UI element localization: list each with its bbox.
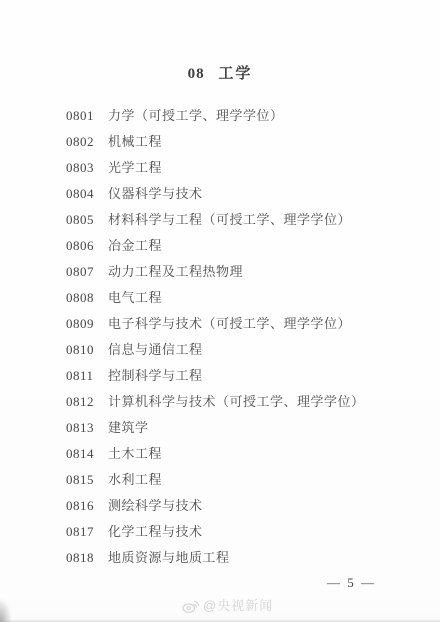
discipline-name: 控制科学与工程	[108, 368, 203, 384]
discipline-code: 0814	[66, 446, 96, 462]
discipline-name: 地质资源与地质工程	[108, 550, 230, 566]
discipline-code: 0802	[66, 134, 96, 150]
discipline-code: 0811	[66, 368, 96, 384]
discipline-row: 0808电气工程	[66, 290, 416, 306]
discipline-code: 0810	[66, 342, 96, 358]
discipline-code: 0805	[66, 212, 96, 228]
page-title: 08 工学	[0, 62, 440, 83]
discipline-row: 0812计算机科学与技术（可授工学、理学学位）	[66, 394, 416, 410]
discipline-name: 建筑学	[108, 420, 149, 436]
discipline-row: 0809电子科学与技术（可授工学、理学学位）	[66, 316, 416, 332]
discipline-code: 0801	[66, 108, 96, 124]
section-code: 08	[188, 66, 205, 82]
section-title: 工学	[218, 66, 252, 82]
discipline-code: 0812	[66, 394, 96, 410]
discipline-code: 0817	[66, 524, 96, 540]
weibo-icon	[182, 599, 200, 613]
discipline-row: 0817化学工程与技术	[66, 524, 416, 540]
discipline-row: 0814土木工程	[66, 446, 416, 462]
discipline-row: 0805材料科学与工程（可授工学、理学学位）	[66, 212, 416, 228]
discipline-code: 0807	[66, 264, 96, 280]
discipline-code: 0803	[66, 160, 96, 176]
discipline-name: 冶金工程	[108, 238, 162, 254]
discipline-list: 0801力学（可授工学、理学学位）0802机械工程0803光学工程0804仪器科…	[66, 108, 416, 566]
discipline-name: 计算机科学与技术（可授工学、理学学位）	[108, 394, 365, 410]
discipline-name: 机械工程	[108, 134, 162, 150]
discipline-name: 电子科学与技术（可授工学、理学学位）	[108, 316, 351, 332]
discipline-row: 0811控制科学与工程	[66, 368, 416, 384]
discipline-row: 0801力学（可授工学、理学学位）	[66, 108, 416, 124]
watermark: @央视新闻	[182, 595, 273, 614]
discipline-name: 信息与通信工程	[108, 342, 203, 358]
discipline-code: 0815	[66, 472, 96, 488]
discipline-name: 化学工程与技术	[108, 524, 203, 540]
watermark-text: @央视新闻	[203, 595, 273, 614]
discipline-code: 0809	[66, 316, 96, 332]
discipline-name: 水利工程	[108, 472, 162, 488]
discipline-row: 0804仪器科学与技术	[66, 186, 416, 202]
discipline-row: 0813建筑学	[66, 420, 416, 436]
discipline-row: 0806冶金工程	[66, 238, 416, 254]
discipline-row: 0810信息与通信工程	[66, 342, 416, 358]
discipline-name: 仪器科学与技术	[108, 186, 203, 202]
page-number: — 5 —	[327, 575, 376, 591]
discipline-code: 0813	[66, 420, 96, 436]
discipline-code: 0818	[66, 550, 96, 566]
discipline-name: 光学工程	[108, 160, 162, 176]
discipline-name: 动力工程及工程热物理	[108, 264, 243, 280]
discipline-name: 材料科学与工程（可授工学、理学学位）	[108, 212, 351, 228]
discipline-code: 0806	[66, 238, 96, 254]
discipline-name: 测绘科学与技术	[108, 498, 203, 514]
discipline-name: 土木工程	[108, 446, 162, 462]
discipline-code: 0816	[66, 498, 96, 514]
discipline-row: 0807动力工程及工程热物理	[66, 264, 416, 280]
document-page: 08 工学 0801力学（可授工学、理学学位）0802机械工程0803光学工程0…	[0, 0, 440, 622]
discipline-code: 0808	[66, 290, 96, 306]
discipline-row: 0815水利工程	[66, 472, 416, 488]
discipline-row: 0803光学工程	[66, 160, 416, 176]
discipline-name: 力学（可授工学、理学学位）	[108, 108, 284, 124]
discipline-name: 电气工程	[108, 290, 162, 306]
discipline-row: 0802机械工程	[66, 134, 416, 150]
discipline-row: 0818地质资源与地质工程	[66, 550, 416, 566]
discipline-row: 0816测绘科学与技术	[66, 498, 416, 514]
discipline-code: 0804	[66, 186, 96, 202]
